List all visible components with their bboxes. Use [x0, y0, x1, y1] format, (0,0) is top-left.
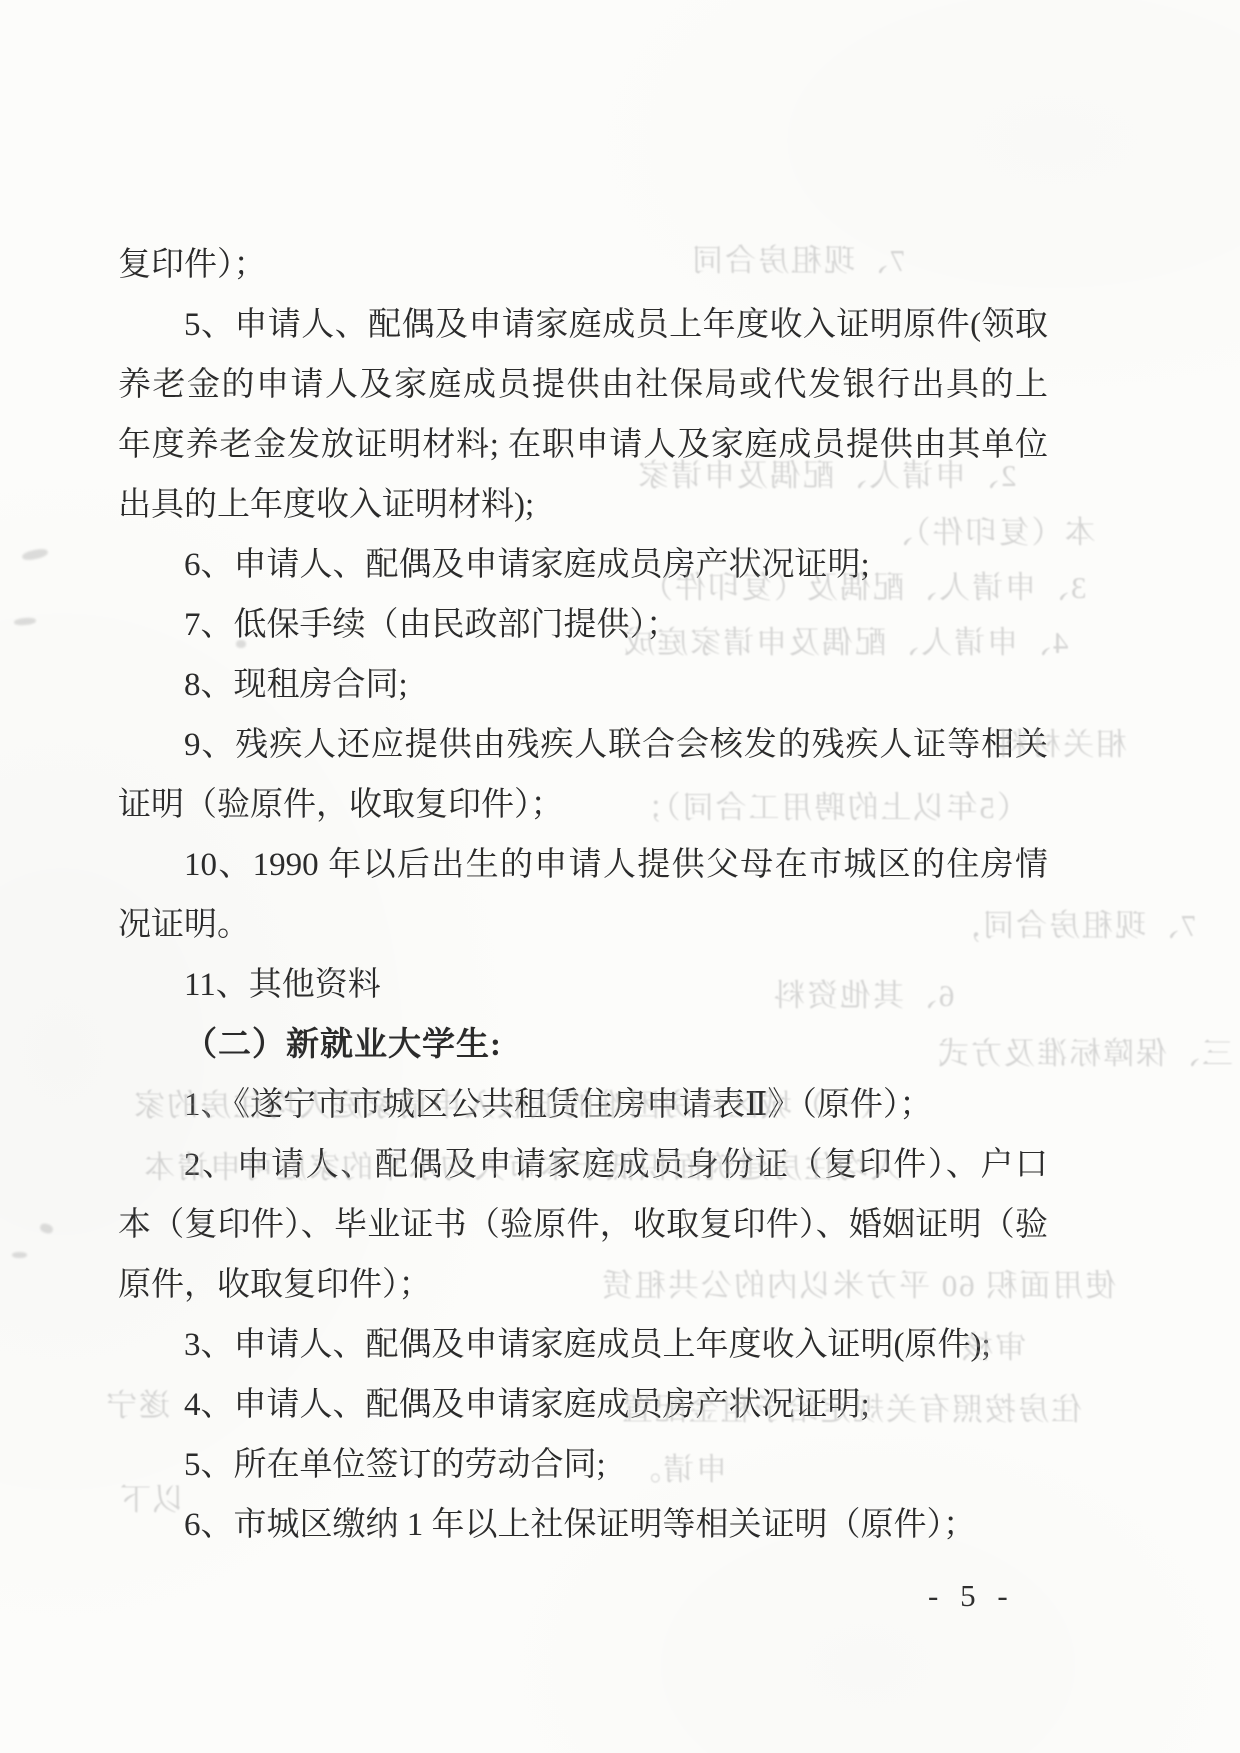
text-line: 5、申请人、配偶及申请家庭成员上年度收入证明原件(领取 [118, 295, 1048, 355]
text-line: 况证明。 [118, 895, 1048, 955]
text-line: 本（复印件）、毕业证书（验原件，收取复印件）、婚姻证明（验 [118, 1195, 1048, 1255]
scan-speck [12, 1252, 27, 1258]
text-line: 4、申请人、配偶及申请家庭成员房产状况证明; [118, 1375, 1048, 1435]
text-line: 证明（验原件，收取复印件）； [118, 775, 1048, 835]
page-number: - 5 - [928, 1578, 1015, 1614]
text-line: 6、市城区缴纳 1 年以上社保证明等相关证明（原件）； [118, 1495, 1048, 1555]
scan-speck [39, 1222, 54, 1235]
scanned-document-page: 复印件）；5、申请人、配偶及申请家庭成员上年度收入证明原件(领取养老金的申请人及… [0, 0, 1240, 1753]
text-line: 1、《遂宁市市城区公共租赁住房申请表Ⅱ》（原件）； [118, 1075, 1048, 1135]
text-line: （二）新就业大学生: [118, 1015, 1048, 1075]
text-line: 年度养老金发放证明材料; 在职申请人及家庭成员提供由其单位 [118, 415, 1048, 475]
text-line: 8、现租房合同; [118, 655, 1048, 715]
text-line: 9、残疾人还应提供由残疾人联合会核发的残疾人证等相关 [118, 715, 1048, 775]
text-line: 5、所在单位签订的劳动合同; [118, 1435, 1048, 1495]
text-line: 养老金的申请人及家庭成员提供由社保局或代发银行出具的上 [118, 355, 1048, 415]
text-line: 原件，收取复印件）； [118, 1255, 1048, 1315]
text-block: 复印件）；5、申请人、配偶及申请家庭成员上年度收入证明原件(领取养老金的申请人及… [118, 235, 1048, 1555]
text-line: 3、申请人、配偶及申请家庭成员上年度收入证明(原件); [118, 1315, 1048, 1375]
text-line: 出具的上年度收入证明材料); [118, 475, 1048, 535]
text-line: 11、其他资料 [118, 955, 1048, 1015]
text-line: 复印件）； [118, 235, 1048, 295]
scan-speck [21, 547, 48, 561]
text-line: 6、申请人、配偶及申请家庭成员房产状况证明; [118, 535, 1048, 595]
text-line: 7、低保手续（由民政部门提供）； [118, 595, 1048, 655]
text-line: 2、申请人、配偶及申请家庭成员身份证（复印件）、户口 [118, 1135, 1048, 1195]
scan-speck [14, 617, 37, 626]
text-line: 10、1990 年以后出生的申请人提供父母在市城区的住房情 [118, 835, 1048, 895]
